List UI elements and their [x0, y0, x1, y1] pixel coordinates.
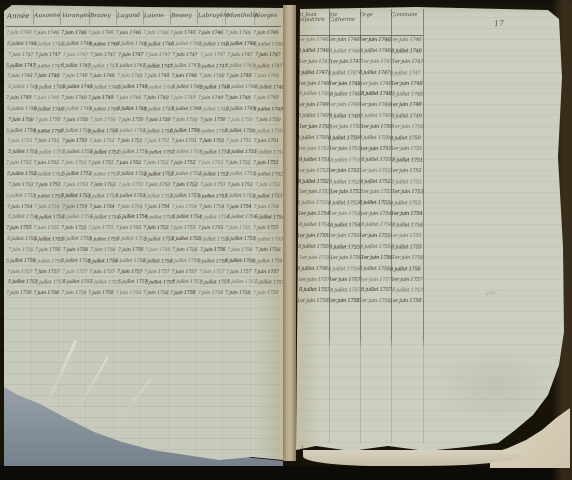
date-entry: 8 juillet 1751 — [299, 157, 330, 168]
register-row: 1er juin 17541er juin 17541er juin 17541… — [298, 211, 428, 222]
date-entry: 5 juillet 1751 — [8, 149, 36, 160]
date-entry: 5 juillet 1755 — [62, 236, 90, 247]
register-row: 5 juillet 17575 juillet 17575 juillet 17… — [8, 279, 282, 290]
date-entry: 7 juin 1752 — [198, 160, 225, 171]
date-entry: 5 juillet 1756 — [198, 258, 225, 269]
date-entry: 1er juin 1758 — [328, 298, 359, 309]
date-entry: 5 juillet 1751 — [200, 150, 228, 161]
date-entry: 7 juin 1748 — [254, 73, 281, 84]
date-entry: 5 juillet 1747 — [116, 63, 143, 74]
date-entry: 5 juillet 1747 — [88, 63, 116, 74]
date-entry: 5 juillet 1753 — [116, 193, 143, 204]
register-row: 5 juillet 17485 juillet 17485 juillet 17… — [8, 84, 282, 95]
register-row: 1er juin 17481er juin 17481er juin 17481… — [298, 81, 428, 92]
column-divider — [391, 9, 392, 443]
column-header: Commune — [391, 11, 422, 35]
date-entry: 8 juillet 1750 — [328, 136, 359, 147]
date-entry: 5 juillet 1754 — [172, 214, 200, 225]
date-entry: 7 juin 1754 — [144, 203, 172, 214]
column-divider — [360, 9, 361, 443]
date-entry: 7 juin 1746 — [116, 30, 143, 41]
register-row: 7 juin 17507 juin 17507 juin 17507 juin … — [8, 117, 282, 128]
date-entry: 1er juin 1757 — [391, 277, 422, 288]
date-entry: 1er juin 1758 — [297, 298, 328, 309]
date-entry: 1er juin 1746 — [328, 37, 359, 48]
date-entry: 5 juillet 1756 — [61, 258, 89, 269]
date-entry: 5 juillet 1757 — [200, 280, 228, 291]
date-entry: 7 juin 1758 — [88, 290, 116, 301]
column-divider — [329, 9, 330, 443]
date-entry: 7 juin 1753 — [90, 182, 118, 193]
date-entry: 8 juillet 1747 — [297, 69, 328, 80]
date-entry: 7 juin 1751 — [7, 138, 34, 149]
date-entry: 7 juin 1746 — [198, 30, 225, 41]
date-entry: 7 juin 1748 — [226, 73, 254, 84]
date-entry: 5 juillet 1754 — [117, 214, 145, 225]
date-entry: 7 juin 1748 — [199, 73, 227, 84]
date-entry: 8 juillet 1756 — [328, 266, 359, 277]
date-entry: 7 juin 1758 — [198, 290, 225, 301]
date-entry: 5 juillet 1756 — [6, 258, 34, 269]
date-entry: 1er juin 1748 — [391, 81, 422, 92]
date-entry: 1er juin 1755 — [297, 233, 328, 244]
date-entry: 5 juillet 1749 — [199, 106, 227, 117]
date-entry: 7 juin 1750 — [117, 117, 145, 128]
faint-ink-mark: em. — [486, 289, 498, 297]
date-entry: 7 juin 1757 — [144, 268, 172, 279]
date-entry: 1er juin 1749 — [328, 102, 359, 113]
register-row: 7 juin 17487 juin 17487 juin 17487 juin … — [7, 73, 281, 84]
register-row: 1er juin 17491er juin 17491er juin 17491… — [297, 102, 427, 113]
date-entry: 5 juillet 1749 — [34, 106, 62, 117]
date-entry: 1er juin 1750 — [361, 124, 392, 135]
date-entry: 1er juin 1747 — [392, 59, 423, 70]
register-row: 8 juillet 17578 juillet 17578 juillet 17… — [299, 287, 429, 298]
date-entry: 7 juin 1756 — [145, 247, 172, 258]
date-entry: 7 juin 1748 — [7, 73, 34, 84]
date-entry: 7 juin 1755 — [33, 225, 60, 236]
date-entry: 7 juin 1755 — [198, 225, 225, 236]
date-entry: 1er juin 1749 — [297, 102, 328, 113]
date-entry: 8 juillet 1746 — [360, 48, 391, 59]
date-entry: 1er juin 1747 — [330, 59, 361, 70]
register-row: 5 juillet 17495 juillet 17495 juillet 17… — [7, 106, 281, 117]
date-entry: 8 juillet 1753 — [297, 200, 328, 211]
register-row: 8 juillet 17498 juillet 17498 juillet 17… — [298, 113, 428, 124]
date-entry: 7 juin 1749 — [143, 95, 171, 106]
date-entry: 5 juillet 1755 — [226, 236, 254, 247]
register-row: 5 juillet 17565 juillet 17565 juillet 17… — [6, 258, 280, 269]
date-entry: 5 juillet 1749 — [254, 106, 281, 117]
date-entry: 7 juin 1747 — [90, 51, 118, 62]
date-entry: 5 juillet 1751 — [35, 150, 63, 161]
date-entry: 7 juin 1755 — [170, 225, 198, 236]
date-entry: 1er juin 1752 — [328, 168, 359, 179]
date-entry: 5 juillet 1749 — [116, 106, 144, 117]
date-entry: 5 juillet 1756 — [88, 258, 116, 269]
date-entry: 5 juillet 1750 — [6, 127, 34, 138]
register-row: 8 juillet 17468 juillet 17468 juillet 17… — [298, 48, 428, 59]
date-entry: 1er juin 1756 — [392, 255, 423, 266]
date-entry: 5 juillet 1755 — [144, 236, 172, 247]
left-header-rule — [6, 26, 281, 27]
date-entry: 7 juin 1755 — [252, 225, 280, 236]
date-entry: 1er juin 1748 — [360, 80, 391, 91]
date-entry: 5 juillet 1751 — [63, 149, 90, 160]
date-entry: 7 juin 1756 — [35, 247, 63, 258]
date-entry: 7 juin 1747 — [63, 52, 90, 63]
column-header: Labruyère — [198, 10, 227, 25]
date-entry: 1er juin 1752 — [390, 167, 421, 178]
date-entry: 5 juillet 1753 — [252, 193, 280, 204]
date-entry: 8 juillet 1749 — [298, 113, 329, 124]
date-entry: 7 juin 1758 — [252, 290, 280, 301]
date-entry: 5 juillet 1757 — [63, 279, 90, 290]
date-entry: 7 juin 1749 — [170, 95, 198, 106]
date-entry: 7 juin 1747 — [8, 51, 36, 62]
date-entry: 8 juillet 1750 — [359, 135, 390, 146]
date-entry: 5 juillet 1757 — [117, 279, 145, 290]
date-entry: 7 juin 1757 — [171, 269, 198, 280]
date-entry: 7 juin 1752 — [170, 160, 198, 171]
date-entry: 7 juin 1748 — [89, 73, 116, 84]
date-entry: 5 juillet 1746 — [144, 41, 172, 52]
date-entry: 5 juillet 1755 — [254, 237, 281, 248]
column-header: Varanges — [61, 10, 90, 25]
date-entry: 7 juin 1758 — [33, 290, 60, 301]
date-entry: 8 juillet 1746 — [391, 48, 422, 59]
date-entry: 7 juin 1758 — [143, 290, 171, 301]
date-entry: 5 juillet 1752 — [116, 171, 144, 182]
date-entry: 7 juin 1747 — [35, 51, 63, 62]
date-entry: 1er juin 1750 — [299, 124, 330, 135]
date-entry: 5 juillet 1751 — [117, 149, 145, 160]
date-entry: 7 juin 1753 — [145, 182, 172, 193]
register-row: 7 juin 17547 juin 17547 juin 17547 juin … — [7, 204, 281, 215]
date-entry: 7 juin 1757 — [7, 269, 34, 280]
date-entry: 5 juillet 1748 — [63, 84, 90, 95]
register-row: 5 juillet 17465 juillet 17465 juillet 17… — [7, 41, 281, 52]
date-entry: 7 juin 1752 — [225, 160, 253, 171]
date-entry: 1er juin 1751 — [329, 146, 360, 157]
date-entry: 5 juillet 1752 — [34, 171, 62, 182]
date-entry: 5 juillet 1752 — [89, 171, 116, 182]
date-entry: 5 juillet 1756 — [143, 258, 171, 269]
date-entry: 7 juin 1752 — [143, 160, 171, 171]
date-entry: 5 juillet 1753 — [225, 192, 253, 203]
date-entry: 5 juillet 1747 — [6, 62, 34, 73]
date-entry: 5 juillet 1748 — [200, 85, 228, 96]
date-entry: 1er juin 1750 — [330, 124, 361, 135]
register-row: 7 juin 17517 juin 17517 juin 17517 juin … — [7, 138, 281, 149]
left-page: AnnéeAuxonneVarangesBrazeyLugandLaisneBe… — [4, 5, 283, 463]
date-entry: 7 juin 1756 — [227, 247, 254, 258]
date-entry: 7 juin 1750 — [63, 117, 90, 128]
date-entry: 7 juin 1752 — [252, 160, 280, 171]
date-entry: 7 juin 1749 — [225, 95, 253, 106]
date-entry: 5 juillet 1749 — [171, 106, 198, 117]
date-entry: 7 juin 1755 — [116, 225, 143, 236]
date-entry: 5 juillet 1750 — [170, 127, 198, 138]
register-row: 1er juin 17511er juin 17511er juin 17511… — [298, 146, 428, 157]
date-entry: 5 juillet 1746 — [7, 41, 34, 52]
column-header: Monthelin — [226, 10, 255, 25]
date-entry: 7 juin 1746 — [170, 30, 198, 41]
date-entry: 8 juillet 1756 — [297, 265, 328, 276]
date-entry: 7 juin 1748 — [171, 73, 198, 84]
date-entry: 7 juin 1750 — [254, 117, 282, 128]
register-row: 7 juin 17537 juin 17537 juin 17537 juin … — [8, 182, 282, 193]
date-entry: 7 juin 1751 — [144, 138, 172, 149]
date-entry: 8 juillet 1756 — [359, 265, 390, 276]
column-header: Lugand — [117, 10, 144, 25]
date-entry: 8 juillet 1754 — [361, 222, 392, 233]
register-row: 1er juin 17521er juin 17521er juin 17521… — [297, 168, 427, 179]
date-entry: 5 juillet 1749 — [7, 106, 34, 117]
date-entry: 7 juin 1750 — [227, 117, 254, 128]
date-entry: 7 juin 1752 — [116, 160, 143, 171]
date-entry: 5 juillet 1748 — [35, 85, 63, 96]
column-header: Année — [7, 10, 34, 25]
date-entry: 5 juillet 1754 — [8, 214, 36, 225]
date-entry: 1er juin 1755 — [359, 233, 390, 244]
date-entry: 7 juin 1756 — [117, 247, 145, 258]
date-entry: 1er juin 1750 — [392, 124, 423, 135]
date-entry: 7 juin 1755 — [6, 225, 34, 236]
date-entry: 5 juillet 1756 — [225, 258, 253, 269]
date-entry: 5 juillet 1747 — [170, 62, 198, 73]
date-entry: 1er juin 1758 — [359, 298, 390, 309]
register-row: 1er juin 17471er juin 17471er juin 17471… — [299, 59, 429, 70]
date-entry: 5 juillet 1756 — [252, 258, 280, 269]
date-entry: 5 juillet 1755 — [89, 237, 116, 248]
date-entry: 7 juin 1751 — [62, 138, 90, 149]
date-entry: 5 juillet 1755 — [171, 236, 198, 247]
date-entry: 7 juin 1750 — [200, 117, 228, 128]
date-entry: 8 juillet 1746 — [298, 48, 329, 59]
register-row: 8 juillet 17548 juillet 17548 juillet 17… — [299, 222, 429, 233]
column-header: St Jean Sépulchre — [298, 11, 329, 35]
date-entry: 7 juin 1756 — [8, 247, 36, 258]
date-entry: 5 juillet 1754 — [35, 215, 63, 226]
date-entry: 7 juin 1750 — [145, 117, 172, 128]
register-row: 7 juin 17477 juin 17477 juin 17477 juin … — [8, 52, 282, 63]
date-entry: 1er juin 1747 — [361, 59, 392, 70]
date-entry: 5 juillet 1752 — [254, 171, 281, 182]
date-entry: 5 juillet 1757 — [8, 279, 36, 290]
date-entry: 7 juin 1755 — [225, 225, 253, 236]
date-entry: 5 juillet 1755 — [116, 236, 144, 247]
date-entry: 7 juin 1758 — [170, 290, 198, 301]
date-entry: 7 juin 1756 — [200, 247, 228, 258]
date-entry: 1er juin 1757 — [329, 276, 360, 287]
register-row: 8 juillet 17478 juillet 17478 juillet 17… — [297, 70, 427, 81]
date-entry: 8 juillet 1755 — [391, 244, 422, 255]
date-entry: 7 juin 1748 — [34, 73, 62, 84]
date-entry: 7 juin 1757 — [226, 268, 254, 279]
register-row: 8 juillet 17488 juillet 17488 juillet 17… — [299, 91, 429, 102]
date-entry: 7 juin 1753 — [8, 182, 36, 193]
date-entry: 7 juin 1752 — [6, 160, 34, 171]
register-row: 8 juillet 17518 juillet 17518 juillet 17… — [299, 157, 429, 168]
date-entry: 7 juin 1753 — [200, 182, 228, 193]
date-entry: 7 juin 1757 — [254, 269, 281, 280]
date-entry: 7 juin 1750 — [8, 117, 36, 128]
register-row: 5 juillet 17535 juillet 17535 juillet 17… — [6, 193, 280, 204]
date-entry: 8 juillet 1757 — [361, 287, 392, 298]
date-entry: 7 juin 1752 — [33, 160, 60, 171]
date-entry: 7 juin 1757 — [62, 268, 90, 279]
date-entry: 7 juin 1754 — [116, 203, 144, 214]
date-entry: 5 juillet 1749 — [226, 106, 254, 117]
date-entry: 1er juin 1748 — [298, 81, 329, 92]
date-entry: 5 juillet 1749 — [89, 106, 116, 117]
date-entry: 7 juin 1754 — [171, 204, 198, 215]
register-row: 8 juillet 17528 juillet 17528 juillet 17… — [298, 179, 428, 190]
date-entry: 1er juin 1753 — [361, 189, 392, 200]
right-page: St Jean SépulchreSte CatherineOrgeCommun… — [296, 7, 564, 459]
date-entry: 7 juin 1747 — [200, 51, 228, 62]
date-entry: 1er juin 1754 — [360, 211, 391, 222]
register-row: 7 juin 17497 juin 17497 juin 17497 juin … — [6, 95, 280, 106]
date-entry: 5 juillet 1749 — [62, 106, 90, 117]
torn-underpage-cream-strip — [303, 450, 521, 466]
column-header: Bessey — [171, 10, 198, 25]
date-entry: 7 juin 1754 — [226, 203, 254, 214]
register-row: 7 juin 17577 juin 17577 juin 17577 juin … — [7, 269, 281, 280]
date-entry: 5 juillet 1757 — [172, 279, 200, 290]
date-entry: 5 juillet 1752 — [62, 171, 90, 182]
date-entry: 7 juin 1754 — [89, 204, 116, 215]
register-row: 1er juin 17581er juin 17581er juin 17581… — [297, 298, 427, 309]
date-entry: 5 juillet 1753 — [170, 192, 198, 203]
date-entry: 1er juin 1748 — [329, 80, 360, 91]
date-entry: 1er juin 1749 — [359, 102, 390, 113]
register-row: 1er juin 17571er juin 17571er juin 17571… — [298, 277, 428, 288]
register-row: 5 juillet 17525 juillet 17525 juillet 17… — [7, 171, 281, 182]
date-entry: 7 juin 1756 — [172, 247, 200, 258]
date-entry: 7 juin 1750 — [172, 117, 200, 128]
register-row: 1er juin 17531er juin 17531er juin 17531… — [299, 189, 429, 200]
date-entry: 7 juin 1754 — [199, 203, 227, 214]
date-entry: 7 juin 1748 — [116, 73, 144, 84]
date-entry: 1er juin 1751 — [391, 146, 422, 157]
date-entry: 7 juin 1751 — [34, 138, 62, 149]
date-entry: 1er juin 1755 — [328, 233, 359, 244]
date-entry: 7 juin 1758 — [6, 290, 34, 301]
date-entry: 1er juin 1752 — [297, 167, 328, 178]
date-entry: 5 juillet 1746 — [199, 41, 227, 52]
register-row: 1er juin 17551er juin 17551er juin 17551… — [297, 233, 427, 244]
date-entry: 7 juin 1749 — [252, 95, 280, 106]
register-row: 1er juin 17561er juin 17561er juin 17561… — [299, 255, 429, 266]
date-entry: 5 juillet 1746 — [116, 41, 144, 52]
date-entry: 7 juin 1753 — [172, 182, 200, 193]
date-entry: 5 juillet 1750 — [116, 128, 143, 139]
date-entry: 7 juin 1751 — [254, 138, 281, 149]
date-entry: 7 juin 1751 — [226, 138, 254, 149]
column-divider — [423, 9, 424, 443]
date-entry: 7 juin 1749 — [6, 95, 34, 106]
date-entry: 1er juin 1746 — [390, 37, 421, 48]
date-entry: 7 juin 1749 — [198, 95, 225, 106]
date-entry: 5 juillet 1748 — [172, 84, 200, 95]
date-entry: 5 juillet 1756 — [170, 258, 198, 269]
date-entry: 5 juillet 1746 — [226, 41, 254, 52]
date-entry: 7 juin 1752 — [61, 160, 89, 171]
date-entry: 7 juin 1758 — [116, 290, 143, 301]
date-entry: 1er juin 1746 — [297, 37, 328, 48]
register-row: 5 juillet 17555 juillet 17555 juillet 17… — [7, 236, 281, 247]
register-row: 5 juillet 17515 juillet 17515 juillet 17… — [8, 149, 282, 160]
date-entry: 5 juillet 1746 — [254, 41, 281, 52]
date-entry: 7 juin 1748 — [62, 73, 90, 84]
date-entry: 7 juin 1749 — [116, 95, 143, 106]
left-header-row: AnnéeAuxonneVarangesBrazeyLugandLaisneBe… — [7, 10, 281, 25]
date-entry: 5 juillet 1753 — [143, 193, 171, 204]
column-header: Laisne — [144, 10, 171, 25]
date-entry: 1er juin 1756 — [330, 255, 361, 266]
register-row: 1er juin 17461er juin 17461er juin 17461… — [297, 37, 427, 48]
date-entry: 7 juin 1756 — [254, 247, 282, 258]
date-entry: 7 juin 1756 — [90, 247, 118, 258]
date-entry: 7 juin 1748 — [144, 73, 172, 84]
date-entry: 7 juin 1746 — [88, 30, 116, 41]
date-entry: 1er juin 1751 — [360, 146, 391, 157]
date-entry: 8 juillet 1753 — [359, 200, 390, 211]
register-row: 1er juin 17501er juin 17501er juin 17501… — [299, 124, 429, 135]
date-entry: 7 juin 1751 — [171, 138, 198, 149]
date-entry: 7 juin 1753 — [117, 182, 145, 193]
date-entry: 7 juin 1747 — [145, 52, 172, 63]
date-entry: 7 juin 1749 — [88, 95, 116, 106]
date-entry: 8 juillet 1747 — [359, 69, 390, 80]
date-entry: 5 juillet 1753 — [33, 193, 60, 204]
date-entry: 5 juillet 1755 — [7, 236, 34, 247]
date-entry: 5 juillet 1747 — [252, 63, 280, 74]
date-entry: 8 juillet 1755 — [298, 244, 329, 255]
register-row: 8 juillet 17508 juillet 17508 juillet 17… — [297, 135, 427, 146]
register-row: 7 juin 17587 juin 17587 juin 17587 juin … — [6, 290, 280, 301]
date-entry: 7 juin 1747 — [227, 52, 254, 63]
column-header: Orge — [360, 11, 391, 35]
date-entry: 7 juin 1747 — [254, 51, 282, 62]
date-entry: 1er juin 1757 — [360, 276, 391, 287]
date-entry: 5 juillet 1748 — [227, 84, 254, 95]
date-entry: 5 juillet 1746 — [89, 41, 116, 52]
date-entry: 8 juillet 1752 — [298, 179, 329, 190]
date-entry: 7 juin 1749 — [33, 95, 60, 106]
date-entry: 1er juin 1755 — [390, 233, 421, 244]
date-entry: 7 juin 1746 — [225, 30, 253, 41]
column-header: Ste Catherine — [329, 11, 360, 35]
date-entry: 5 juillet 1750 — [88, 128, 116, 139]
right-body-rows: 1er juin 17461er juin 17461er juin 17461… — [298, 37, 428, 309]
date-entry: 1er juin 1746 — [359, 37, 390, 48]
date-entry: 1er juin 1758 — [390, 298, 421, 309]
date-entry: 7 juin 1753 — [227, 182, 254, 193]
register-row: 5 juillet 17545 juillet 17545 juillet 17… — [8, 214, 282, 225]
register-row: 7 juin 17557 juin 17557 juin 17557 juin … — [6, 225, 280, 236]
date-entry: 5 juillet 1754 — [63, 214, 90, 225]
date-entry: 8 juillet 1750 — [297, 135, 328, 146]
date-entry: 8 juillet 1752 — [360, 178, 391, 189]
date-entry: 5 juillet 1757 — [227, 279, 254, 290]
date-entry: 7 juin 1753 — [35, 182, 63, 193]
column-header: Brazey — [90, 10, 117, 25]
date-entry: 5 juillet 1752 — [144, 171, 172, 182]
date-entry: 1er juin 1753 — [330, 189, 361, 200]
